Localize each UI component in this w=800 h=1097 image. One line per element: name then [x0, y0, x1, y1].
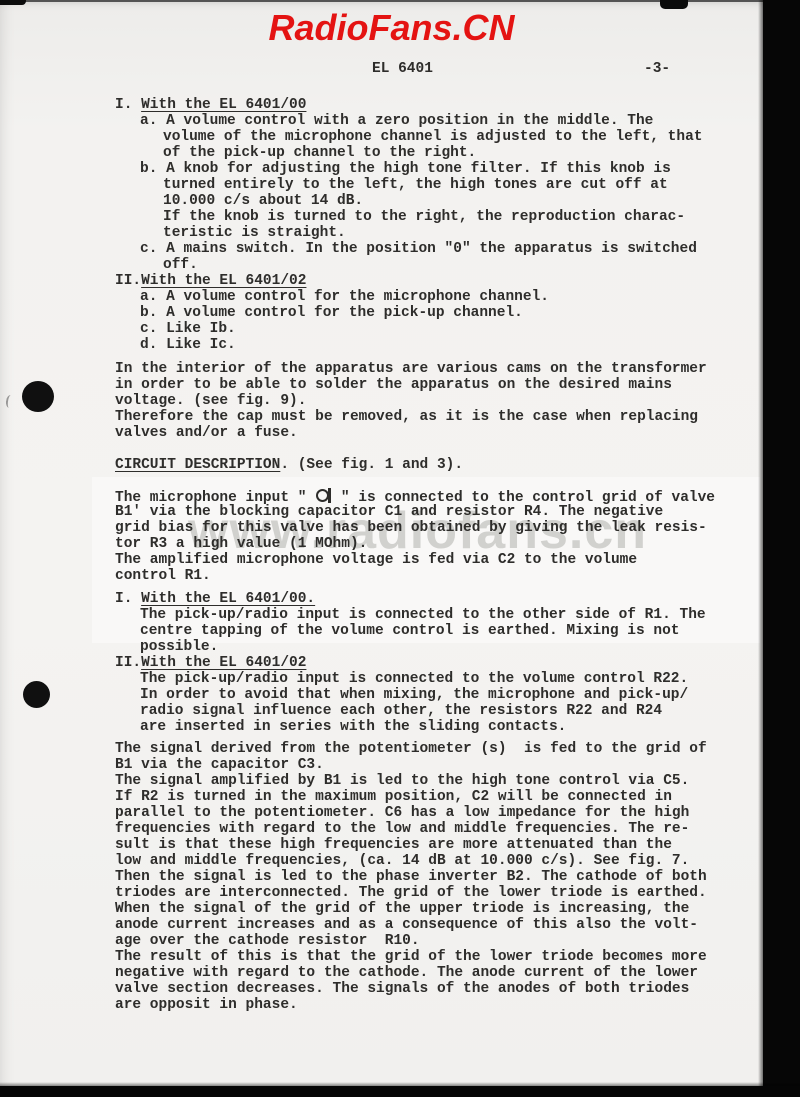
text-line: off.	[115, 257, 730, 273]
paragraph-block: In the interior of the apparatus are var…	[115, 361, 730, 441]
text-line: 10.000 c/s about 14 dB.	[115, 193, 730, 209]
text-line: When the signal of the grid of the upper…	[115, 901, 730, 917]
text-line: parallel to the potentiometer. C6 has a …	[115, 805, 730, 821]
text-line: B1 via the capacitor C3.	[115, 757, 730, 773]
text-line: If the knob is turned to the right, the …	[115, 209, 730, 225]
text-line: d. Like Ic.	[115, 337, 730, 353]
text-line: are inserted in series with the sliding …	[115, 719, 730, 735]
text-line: a. A volume control with a zero position…	[115, 113, 730, 129]
text-line: teristic is straight.	[115, 225, 730, 241]
scan-mark	[5, 395, 15, 409]
text-line: negative with regard to the cathode. The…	[115, 965, 730, 981]
text-line: triodes are interconnected. The grid of …	[115, 885, 730, 901]
microphone-jack-symbol	[315, 488, 332, 503]
text-line: grid bias for this valve has been obtain…	[115, 520, 730, 536]
scan-edge-right	[763, 0, 800, 1097]
scanned-manual-page: RadioFans.CN EL 6401 -3- www.radiofans.c…	[0, 0, 800, 1097]
punch-hole-bottom	[23, 681, 50, 708]
text-line: valves and/or a fuse.	[115, 425, 730, 441]
text-line: centre tapping of the volume control is …	[115, 623, 730, 639]
document-header: EL 6401 -3-	[0, 61, 763, 79]
paragraph-block: CIRCUIT DESCRIPTION. (See fig. 1 and 3).	[115, 457, 730, 473]
scan-smudge-left	[0, 0, 26, 5]
paragraph-block: The signal derived from the potentiomete…	[115, 741, 730, 1013]
text-line: B1' via the blocking capacitor C1 and re…	[115, 504, 730, 520]
heading-line: II.With the EL 6401/02	[115, 655, 730, 671]
text-line: The signal amplified by B1 is led to the…	[115, 773, 730, 789]
text-line: of the pick-up channel to the right.	[115, 145, 730, 161]
page-number: -3-	[644, 61, 670, 77]
text-line: radio signal influence each other, the r…	[115, 703, 730, 719]
scan-edge-bottom	[0, 1086, 800, 1097]
brand-watermark-title: RadioFans.CN	[30, 7, 753, 49]
text-line: If R2 is turned in the maximum position,…	[115, 789, 730, 805]
text-line: volume of the microphone channel is adju…	[115, 129, 730, 145]
document-body: I. With the EL 6401/00a. A volume contro…	[115, 97, 730, 1013]
text-line: The pick-up/radio input is connected to …	[115, 671, 730, 687]
text-line: valve section decreases. The signals of …	[115, 981, 730, 997]
paragraph-block: I. With the EL 6401/00a. A volume contro…	[115, 97, 730, 353]
text-line: frequencies with regard to the low and m…	[115, 821, 730, 837]
heading-line: II.With the EL 6401/02	[115, 273, 730, 289]
text-line: The microphone input " " is connected to…	[115, 488, 730, 504]
text-line: b. A knob for adjusting the high tone fi…	[115, 161, 730, 177]
text-line: a. A volume control for the microphone c…	[115, 289, 730, 305]
model-number: EL 6401	[372, 61, 433, 77]
text-line: turned entirely to the left, the high to…	[115, 177, 730, 193]
text-line: low and middle frequencies, (ca. 14 dB a…	[115, 853, 730, 869]
paragraph-block: I. With the EL 6401/00.The pick-up/radio…	[115, 591, 730, 735]
text-line: in order to be able to solder the appara…	[115, 377, 730, 393]
paragraph-block: The microphone input " " is connected to…	[115, 488, 730, 584]
text-line: tor R3 a high value (1 MOhm).	[115, 536, 730, 552]
scan-smudge-center	[660, 0, 688, 9]
text-line: The pick-up/radio input is connected to …	[115, 607, 730, 623]
heading-line: CIRCUIT DESCRIPTION. (See fig. 1 and 3).	[115, 457, 730, 473]
text-line: age over the cathode resistor R10.	[115, 933, 730, 949]
text-line: voltage. (see fig. 9).	[115, 393, 730, 409]
text-line: c. Like Ib.	[115, 321, 730, 337]
text-line: Then the signal is led to the phase inve…	[115, 869, 730, 885]
text-line: The signal derived from the potentiomete…	[115, 741, 730, 757]
text-line: c. A mains switch. In the position "0" t…	[115, 241, 730, 257]
text-line: In the interior of the apparatus are var…	[115, 361, 730, 377]
text-line: are opposit in phase.	[115, 997, 730, 1013]
text-line: sult is that these high frequencies are …	[115, 837, 730, 853]
punch-hole-top	[22, 381, 54, 412]
text-line: control R1.	[115, 568, 730, 584]
heading-line: I. With the EL 6401/00	[115, 97, 730, 113]
text-line: The amplified microphone voltage is fed …	[115, 552, 730, 568]
heading-line: I. With the EL 6401/00.	[115, 591, 730, 607]
text-line: In order to avoid that when mixing, the …	[115, 687, 730, 703]
text-line: possible.	[115, 639, 730, 655]
text-line: anode current increases and as a consequ…	[115, 917, 730, 933]
text-line: Therefore the cap must be removed, as it…	[115, 409, 730, 425]
text-line: b. A volume control for the pick-up chan…	[115, 305, 730, 321]
text-line: The result of this is that the grid of t…	[115, 949, 730, 965]
